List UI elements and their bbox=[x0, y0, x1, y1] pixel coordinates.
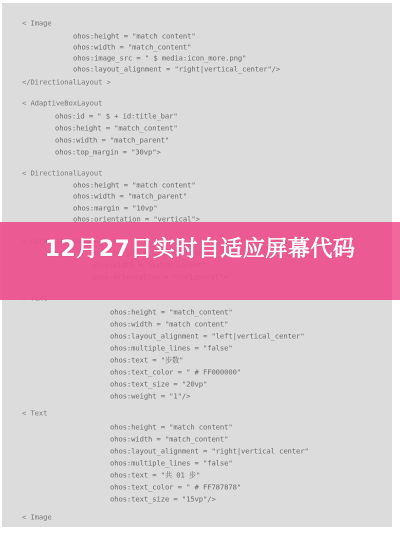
code-line-attribute: ohos:width = "match_parent" bbox=[73, 192, 187, 201]
code-line-attribute: ohos:layout_alignment = "left|vertical_c… bbox=[110, 332, 304, 341]
code-line-attribute: ohos:height = "match_content" bbox=[110, 308, 233, 317]
code-line-attribute: ohos:multiple_lines = "false" bbox=[110, 344, 233, 353]
code-line-attribute: ohos:weight = "1"/> bbox=[110, 392, 190, 401]
code-line-attribute: ohos:id = " $ + id:title_bar" bbox=[55, 112, 178, 121]
code-line-attribute: ohos:text = "共 01 步" bbox=[110, 471, 200, 480]
code-line-attribute: ohos:text_color = " # FF787878" bbox=[110, 483, 241, 492]
code-line-attribute: ohos:image_src = " $ media:icon_more.png… bbox=[73, 54, 246, 63]
code-line-attribute: ohos:width = "match_content" bbox=[110, 435, 228, 444]
code-line-attribute: ohos:layout_alignment = "right|vertical … bbox=[110, 447, 309, 456]
code-line-tag: < AdaptiveBoxLayout bbox=[22, 99, 102, 108]
code-line-attribute: ohos:multiple_lines = "false" bbox=[110, 459, 233, 468]
code-line-attribute: ohos:height = "match content" bbox=[110, 423, 233, 432]
code-line-attribute: ohos:text_size = "15vp"/> bbox=[110, 495, 216, 504]
code-line-attribute: ohos:layout_alignment = "right|vertical_… bbox=[73, 65, 280, 74]
code-line-tag: < DirectionalLayout bbox=[22, 169, 102, 178]
code-line-attribute: ohos:height = "match content" bbox=[73, 181, 196, 190]
code-line-attribute: ohos:width = "match_parent" bbox=[55, 136, 169, 145]
code-line-tag: < Text bbox=[22, 409, 47, 418]
code-line-tag: </DirectionalLayout > bbox=[22, 78, 111, 87]
code-line-attribute: ohos:height = "match_content" bbox=[55, 124, 178, 133]
code-line-attribute: ohos:margin = "10vp" bbox=[73, 204, 158, 213]
banner-title: 12月27日实时自适应屏幕代码 bbox=[0, 234, 400, 266]
code-line-attribute: ohos:text_size = "20vp" bbox=[110, 380, 207, 389]
code-line-attribute: ohos:top_margin = "30vp"> bbox=[55, 148, 161, 157]
code-line-tag: < Image bbox=[22, 19, 52, 28]
code-line-attribute: ohos:width = "match_content" bbox=[73, 43, 191, 52]
code-line-attribute: ohos:height = "match content" bbox=[73, 32, 196, 41]
code-line-attribute: ohos:text_color = " # FF000000" bbox=[110, 368, 241, 377]
code-line-attribute: ohos:text = "步数" bbox=[110, 356, 183, 365]
code-line-attribute: ohos:width = "match content" bbox=[110, 320, 228, 329]
code-line-tag: < Image bbox=[22, 513, 52, 522]
